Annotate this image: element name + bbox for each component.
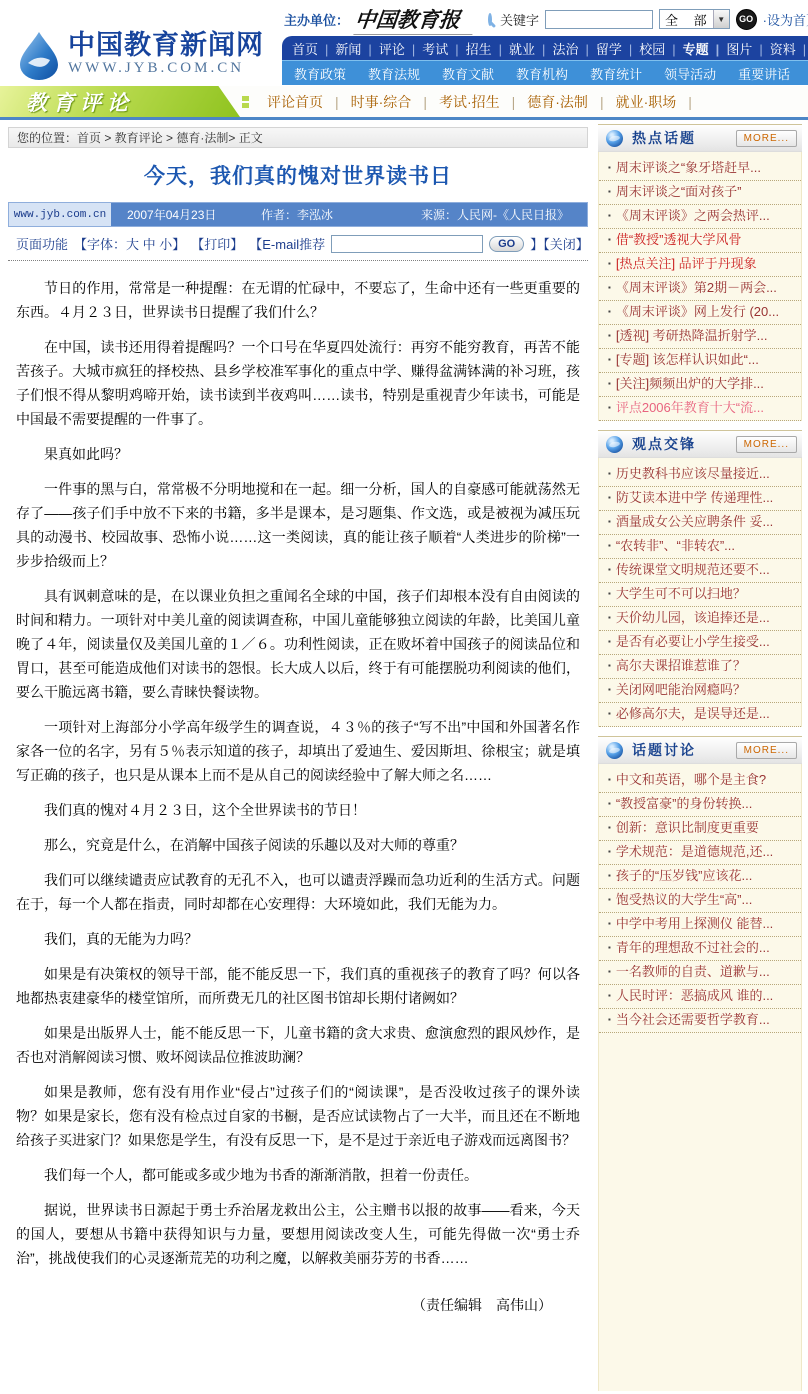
section-links: 评论首页时事·综合考试·招生德育·法制就业·职场 (249, 86, 704, 117)
list-item-label: 饱受热议的大学生“高”... (616, 892, 753, 908)
article-paragraph: 一项针对上海部分小学高年级学生的调查说，４３％的孩子“写不出”中国和外国著名作家… (16, 715, 580, 787)
list-item-label: “农转非”、“非转农”... (616, 538, 735, 554)
water-drop-icon (16, 30, 62, 82)
list-item-label: 高尔夫课招谁惹谁了？ (616, 658, 746, 674)
list-item[interactable]: ▪ 当今社会还需要哲学教育... (599, 1009, 801, 1033)
close-button[interactable]: 】【关闭】 (530, 234, 589, 253)
square-bullet-icon: ▪ (608, 304, 611, 320)
list-item[interactable]: ▪ 传统课堂文明规范还要不... (599, 559, 801, 583)
section-link[interactable]: 就业·职场 (616, 92, 704, 112)
list-item[interactable]: ▪ [透视] 考研热降温折射学... (599, 325, 801, 349)
nav-secondary-item[interactable]: 教育法规 (368, 64, 420, 83)
square-bullet-icon: ▪ (608, 328, 611, 344)
square-bullet-icon: ▪ (608, 658, 611, 674)
email-recommend-input[interactable] (331, 235, 483, 253)
list-item-label: 《周末评谈》网上发行 (20... (616, 304, 779, 320)
nav-secondary-item[interactable]: 教育统计 (590, 64, 642, 83)
list-item[interactable]: ▪ 评点2006年教育十大“流... (599, 397, 801, 421)
main-content: 您的位置：首页 > 教育评论 > 德育·法制> 正文 今天，我们真的愧对世界读书… (0, 120, 808, 1391)
square-bullet-icon: ▪ (608, 208, 611, 224)
email-go-button[interactable]: GO (489, 236, 524, 252)
nav-primary-item[interactable]: 校园 (639, 39, 682, 58)
square-bullet-icon: ▪ (608, 820, 611, 836)
square-bullet-icon: ▪ (608, 682, 611, 698)
list-item[interactable]: ▪ 关闭网吧能治网瘾吗？ (599, 679, 801, 703)
section-link[interactable]: 评论首页 (267, 92, 351, 112)
section-link[interactable]: 考试·招生 (439, 92, 527, 112)
list-item[interactable]: ▪ 中学中考用上探测仪 能替... (599, 913, 801, 937)
nav-secondary-item[interactable]: 领导活动 (664, 64, 716, 83)
banner-decoration (242, 86, 249, 117)
article-column: 您的位置：首页 > 教育评论 > 德育·法制> 正文 今天，我们真的愧对世界读书… (8, 124, 588, 1391)
square-bullet-icon: ▪ (608, 256, 611, 272)
section-link[interactable]: 德育·法制 (527, 92, 615, 112)
sidebar-section-title: 话题讨论 (632, 740, 696, 760)
square-bullet-icon: ▪ (608, 538, 611, 554)
list-item[interactable]: ▪ 《周末评谈》网上发行 (20... (599, 301, 801, 325)
sidebar-section-hot-topics: 热点话题 MORE... ▪ 周末评谈之“象牙塔赶早... ▪ 周末评谈之“面对… (598, 124, 802, 421)
font-size-control[interactable]: 【字体：大 中 小】 (74, 234, 185, 253)
topbar: 主办单位： 中国教育报 关键字 全 部 ▼ GO ·设为首页 (284, 4, 802, 34)
nav-primary-item[interactable]: 评论 (379, 39, 422, 58)
keyword-label: 关键字 (500, 10, 539, 29)
host-newspaper-logo[interactable]: 中国教育报 (353, 4, 475, 35)
category-select[interactable]: 全 部 ▼ (659, 9, 730, 29)
square-bullet-icon: ▪ (608, 1012, 611, 1028)
list-item[interactable]: ▪ 饱受热议的大学生“高”... (599, 889, 801, 913)
article-paragraph: 我们可以继续谴责应试教育的无孔不入，也可以谴责浮躁而急功近利的生活方式。问题在于… (16, 868, 580, 916)
article-paragraph: 在中国，读书还用得着提醒吗？一个口号在华夏四处流行：再穷不能穷教育，再苦不能苦孩… (16, 335, 580, 431)
square-bullet-icon: ▪ (608, 916, 611, 932)
header: 主办单位： 中国教育报 关键字 全 部 ▼ GO ·设为首页 中国教育新闻网 W… (0, 0, 808, 86)
nav-primary-item[interactable]: 考试 (422, 39, 465, 58)
list-item-label: [专题] 该怎样认识如此“... (616, 352, 759, 368)
nav-secondary: 教育政策教育法规教育文献教育机构教育统计领导活动重要讲话教育资讯 (282, 60, 808, 85)
square-bullet-icon: ▪ (608, 232, 611, 248)
square-bullet-icon: ▪ (608, 706, 611, 722)
square-bullet-icon: ▪ (608, 514, 611, 530)
list-item-label: 人民时评：恶搞成风 谁的... (616, 988, 773, 1004)
list-item-label: 周末评谈之“象牙塔赶早... (616, 160, 761, 176)
list-item-label: 孩子的“压岁钱”应该花... (616, 868, 753, 884)
list-item-label: 关闭网吧能治网瘾吗？ (616, 682, 746, 698)
square-bullet-icon: ▪ (608, 892, 611, 908)
list-item[interactable]: ▪ “农转非”、“非转农”... (599, 535, 801, 559)
list-item-label: 天价幼儿园，该追捧还是... (616, 610, 770, 626)
list-item[interactable]: ▪ [热点关注] 品评于丹现象 (599, 253, 801, 277)
article-body: 节日的作用，常常是一种提醒：在无谓的忙碌中，不要忘了，生命中还有一些更重要的东西… (8, 261, 588, 1270)
page-tools: 页面功能 【字体：大 中 小】 【打印】 【E-mail推荐 GO 】【关闭】 (8, 227, 588, 261)
list-item-label: 一名教师的自责、道歉与... (616, 964, 770, 980)
page-title: 今天，我们真的愧对世界读书日 (8, 148, 588, 202)
list-item-label: 必修高尔夫，是误导还是... (616, 706, 770, 722)
globe-icon (606, 130, 623, 147)
list-item[interactable]: ▪ 借“教授”透视大学风骨 (599, 229, 801, 253)
sidebar-section-viewpoints: 观点交锋 MORE... ▪ 历史教科书应该尽量接近... ▪ 防艾读本进中学 … (598, 430, 802, 727)
list-item[interactable]: ▪ 防艾读本进中学 传递理性... (599, 487, 801, 511)
nav-primary-item[interactable]: 首页 (292, 39, 335, 58)
list-item-label: “教授富豪”的身份转换... (616, 796, 753, 812)
list-item-label: [热点关注] 品评于丹现象 (616, 256, 757, 272)
list-item-label: 是否有必要让小学生接受... (616, 634, 770, 650)
list-item-label: 酒量成女公关应聘条件 妥... (616, 514, 773, 530)
article-paragraph: 据说，世界读书日源起于勇士乔治屠龙救出公主，公主赠书以报的故事——看来，今天的国… (16, 1198, 580, 1270)
print-button[interactable]: 【打印】 (191, 234, 243, 253)
list-item[interactable]: ▪ 学术规范：是道德规范,还... (599, 841, 801, 865)
square-bullet-icon: ▪ (608, 184, 611, 200)
section-banner-green: 教育评论 (0, 86, 240, 117)
meta-site-url: www.jyb.com.cn (9, 203, 111, 226)
square-bullet-icon: ▪ (608, 610, 611, 626)
nav-secondary-item[interactable]: 教育政策 (294, 64, 346, 83)
square-bullet-icon: ▪ (608, 562, 611, 578)
square-bullet-icon: ▪ (608, 634, 611, 650)
nav-primary-item[interactable]: 留学 (596, 39, 639, 58)
square-bullet-icon: ▪ (608, 400, 611, 416)
site-name: 中国教育新闻网 (68, 30, 264, 60)
section-title: 教育评论 (26, 87, 134, 117)
nav-secondary-item[interactable]: 教育机构 (516, 64, 568, 83)
square-bullet-icon: ▪ (608, 964, 611, 980)
set-home-link[interactable]: ·设为首页 (763, 10, 808, 29)
list-item[interactable]: ▪ “教授富豪”的身份转换... (599, 793, 801, 817)
list-item[interactable]: ▪ [专题] 该怎样认识如此“... (599, 349, 801, 373)
square-bullet-icon: ▪ (608, 376, 611, 392)
list-item-label: 大学生可不可以扫地？ (616, 586, 746, 602)
article-paragraph: 我们真的愧对４月２３日，这个全世界读书的节日！ (16, 798, 580, 822)
article-date: 2007年04月23日 (111, 206, 261, 223)
sidebar-section-discussions: 话题讨论 MORE... ▪ 中文和英语，哪个是主食? ▪ “教授富豪”的身份转… (598, 736, 802, 1391)
article-meta-bar: www.jyb.com.cn 2007年04月23日 作者：李泓冰 来源：人民网… (8, 202, 588, 227)
list-item-label: 学术规范：是道德规范,还... (616, 844, 773, 860)
list-item[interactable]: ▪ 酒量成女公关应聘条件 妥... (599, 511, 801, 535)
nav-primary: 首页新闻评论考试招生就业法治留学校园专题图片资料 (282, 36, 808, 60)
list-item-label: 《周末评谈》之两会热评... (616, 208, 770, 224)
nav-primary-item[interactable]: 就业 (509, 39, 552, 58)
sidebar-section-title: 热点话题 (632, 128, 696, 148)
nav-primary-item[interactable]: 专题 (683, 39, 727, 58)
article-paragraph: 如果是出版界人士，能不能反思一下，儿童书籍的贪大求贵、愈演愈烈的跟风炒作，是否也… (16, 1021, 580, 1069)
square-bullet-icon: ▪ (608, 940, 611, 956)
square-bullet-icon: ▪ (608, 844, 611, 860)
email-recommend-label: 【E-mail推荐 (249, 234, 325, 253)
list-item[interactable]: ▪ 大学生可不可以扫地？ (599, 583, 801, 607)
page-tools-label: 页面功能 (16, 234, 68, 253)
more-button[interactable]: MORE... (736, 130, 797, 147)
list-item-label: 借“教授”透视大学风骨 (616, 232, 742, 248)
article-paragraph: 一件事的黑与白，常常极不分明地搅和在一起。细一分析，国人的自豪感可能就荡然无存了… (16, 477, 580, 573)
editor-note: （责任编辑 高伟山） (8, 1281, 588, 1315)
sidebar: 热点话题 MORE... ▪ 周末评谈之“象牙塔赶早... ▪ 周末评谈之“面对… (598, 124, 802, 1391)
globe-icon (606, 742, 623, 759)
list-item[interactable]: ▪ 中文和英语，哪个是主食? (599, 769, 801, 793)
nav-primary-item[interactable]: 资料 (770, 39, 808, 58)
list-item-label: 中文和英语，哪个是主食? (616, 772, 766, 788)
site-logo[interactable]: 中国教育新闻网 WWW.JYB.COM.CN (16, 30, 264, 82)
list-item[interactable]: ▪ 历史教科书应该尽量接近... (599, 463, 801, 487)
list-item[interactable]: ▪ 周末评谈之“面对孩子” (599, 181, 801, 205)
main-navigation: 首页新闻评论考试招生就业法治留学校园专题图片资料 教育政策教育法规教育文献教育机… (282, 36, 808, 85)
article-paragraph: 我们，真的无能为力吗？ (16, 927, 580, 951)
section-link[interactable]: 时事·综合 (351, 92, 439, 112)
list-item-label: 防艾读本进中学 传递理性... (616, 490, 773, 506)
list-item[interactable]: ▪ 孩子的“压岁钱”应该花... (599, 865, 801, 889)
list-item-label: 创新：意识比制度更重要 (616, 820, 759, 836)
list-item[interactable]: ▪ 创新：意识比制度更重要 (599, 817, 801, 841)
breadcrumb[interactable]: 您的位置：首页 > 教育评论 > 德育·法制> 正文 (8, 127, 588, 148)
list-item[interactable]: ▪ 《周末评谈》第2期－两会... (599, 277, 801, 301)
section-banner: 教育评论 评论首页时事·综合考试·招生德育·法制就业·职场 (0, 86, 808, 120)
nav-primary-item[interactable]: 法治 (552, 39, 595, 58)
list-item-label: 历史教科书应该尽量接近... (616, 466, 770, 482)
article-author: 作者：李泓冰 (261, 206, 421, 223)
sidebar-section-title: 观点交锋 (632, 434, 696, 454)
nav-secondary-item[interactable]: 重要讲话 (738, 64, 790, 83)
list-item[interactable]: ▪ 一名教师的自责、道歉与... (599, 961, 801, 985)
list-item[interactable]: ▪ 必修高尔夫，是误导还是... (599, 703, 801, 727)
list-item-label: 评点2006年教育十大“流... (616, 400, 764, 416)
list-item-label: 当今社会还需要哲学教育... (616, 1012, 770, 1028)
list-item[interactable]: ▪ 《周末评谈》之两会热评... (599, 205, 801, 229)
square-bullet-icon: ▪ (608, 466, 611, 482)
more-button[interactable]: MORE... (736, 436, 797, 453)
article-paragraph: 如果是教师，您有没有用作业“侵占”过孩子们的“阅读课”，是否没收过孩子的课外读物… (16, 1080, 580, 1152)
article-paragraph: 那么，究竟是什么，在消解中国孩子阅读的乐趣以及对大师的尊重？ (16, 833, 580, 857)
list-item-label: 中学中考用上探测仪 能替... (616, 916, 773, 932)
host-label: 主办单位： (284, 10, 349, 29)
square-bullet-icon: ▪ (608, 796, 611, 812)
nav-primary-item[interactable]: 新闻 (335, 39, 378, 58)
list-item[interactable]: ▪ 天价幼儿园，该追捧还是... (599, 607, 801, 631)
article-paragraph: 具有讽刺意味的是，在以课业负担之重闻名全球的中国，孩子们却根本没有自由阅读的时间… (16, 584, 580, 704)
list-item[interactable]: ▪ [关注]频频出炉的大学排... (599, 373, 801, 397)
article-source: 来源：人民网-《人民日报》 (421, 206, 587, 223)
square-bullet-icon: ▪ (608, 772, 611, 788)
square-bullet-icon: ▪ (608, 352, 611, 368)
nav-secondary-item[interactable]: 教育文献 (442, 64, 494, 83)
list-item-label: 青年的理想敌不过社会的... (616, 940, 770, 956)
search-go-button[interactable]: GO (736, 9, 757, 30)
more-button[interactable]: MORE... (736, 742, 797, 759)
site-url: WWW.JYB.COM.CN (68, 60, 264, 77)
list-item[interactable]: ▪ 青年的理想敌不过社会的... (599, 937, 801, 961)
keyword-input[interactable] (545, 10, 653, 29)
square-bullet-icon: ▪ (608, 988, 611, 1004)
nav-primary-item[interactable]: 招生 (466, 39, 509, 58)
chevron-down-icon[interactable]: ▼ (713, 10, 729, 28)
square-bullet-icon: ▪ (608, 490, 611, 506)
square-bullet-icon: ▪ (608, 280, 611, 296)
list-item[interactable]: ▪ 周末评谈之“象牙塔赶早... (599, 157, 801, 181)
article-paragraph: 果真如此吗？ (16, 442, 580, 466)
list-item-label: [透视] 考研热降温折射学... (616, 328, 768, 344)
article-paragraph: 如果是有决策权的领导干部，能不能反思一下，我们真的重视孩子的教育了吗？何以各地都… (16, 962, 580, 1010)
nav-primary-item[interactable]: 图片 (726, 39, 769, 58)
list-item-label: 传统课堂文明规范还要不... (616, 562, 770, 578)
list-item-label: 《周末评谈》第2期－两会... (616, 280, 777, 296)
list-item[interactable]: ▪ 高尔夫课招谁惹谁了？ (599, 655, 801, 679)
list-item-label: [关注]频频出炉的大学排... (616, 376, 764, 392)
article-paragraph: 节日的作用，常常是一种提醒：在无谓的忙碌中，不要忘了，生命中还有一些更重要的东西… (16, 276, 580, 324)
search-icon (488, 13, 492, 26)
list-item[interactable]: ▪ 人民时评：恶搞成风 谁的... (599, 985, 801, 1009)
article-paragraph: 我们每一个人，都可能或多或少地为书香的渐渐消散，担着一份责任。 (16, 1163, 580, 1187)
category-selected-value: 全 部 (660, 10, 713, 29)
list-item[interactable]: ▪ 是否有必要让小学生接受... (599, 631, 801, 655)
globe-icon (606, 436, 623, 453)
list-item-label: 周末评谈之“面对孩子” (616, 184, 742, 200)
square-bullet-icon: ▪ (608, 868, 611, 884)
square-bullet-icon: ▪ (608, 586, 611, 602)
square-bullet-icon: ▪ (608, 160, 611, 176)
